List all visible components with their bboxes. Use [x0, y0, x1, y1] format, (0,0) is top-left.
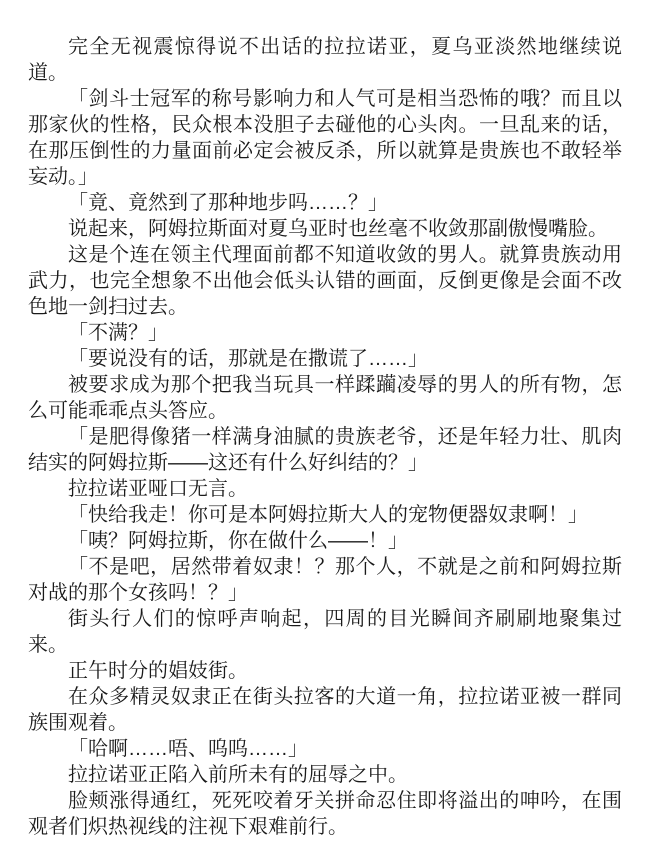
paragraph: 「不是吧，居然带着奴隶！？那个人，不就是之前和阿姆拉斯对战的那个女孩吗！？」	[28, 554, 622, 606]
paragraph: 「要说没有的话，那就是在撒谎了……」	[28, 346, 622, 372]
novel-page: 完全无视震惊得说不出话的拉拉诺亚，夏乌亚淡然地继续说道。 「剑斗士冠军的称号影响…	[0, 0, 650, 850]
paragraph: 脸颊涨得通红，死死咬着牙关拼命忍住即将溢出的呻吟，在围观者们炽热视线的注视下艰难…	[28, 788, 622, 840]
paragraph: 正午时分的娼妓街。	[28, 658, 622, 684]
paragraph: 完全无视震惊得说不出话的拉拉诺亚，夏乌亚淡然地继续说道。	[28, 34, 622, 86]
paragraph: 街头行人们的惊呼声响起，四周的目光瞬间齐刷刷地聚集过来。	[28, 606, 622, 658]
paragraph: 「哈啊……唔、呜呜……」	[28, 736, 622, 762]
paragraph: 拉拉诺亚哑口无言。	[28, 476, 622, 502]
text-content: 完全无视震惊得说不出话的拉拉诺亚，夏乌亚淡然地继续说道。 「剑斗士冠军的称号影响…	[28, 34, 622, 840]
paragraph: 「咦？阿姆拉斯，你在做什么——！」	[28, 528, 622, 554]
paragraph: 「是肥得像猪一样满身油腻的贵族老爷，还是年轻力壮、肌肉结实的阿姆拉斯——这还有什…	[28, 424, 622, 476]
paragraph: 拉拉诺亚正陷入前所未有的屈辱之中。	[28, 762, 622, 788]
paragraph: 「竟、竟然到了那种地步吗……？」	[28, 190, 622, 216]
paragraph: 在众多精灵奴隶正在街头拉客的大道一角，拉拉诺亚被一群同族围观着。	[28, 684, 622, 736]
paragraph: 被要求成为那个把我当玩具一样蹂躏凌辱的男人的所有物，怎么可能乖乖点头答应。	[28, 372, 622, 424]
paragraph: 说起来，阿姆拉斯面对夏乌亚时也丝毫不收敛那副傲慢嘴脸。	[28, 216, 622, 242]
paragraph: 「快给我走！你可是本阿姆拉斯大人的宠物便器奴隶啊！」	[28, 502, 622, 528]
paragraph: 「不满？」	[28, 320, 622, 346]
paragraph: 这是个连在领主代理面前都不知道收敛的男人。就算贵族动用武力，也完全想象不出他会低…	[28, 242, 622, 320]
paragraph: 「剑斗士冠军的称号影响力和人气可是相当恐怖的哦？而且以那家伙的性格，民众根本没胆…	[28, 86, 622, 190]
